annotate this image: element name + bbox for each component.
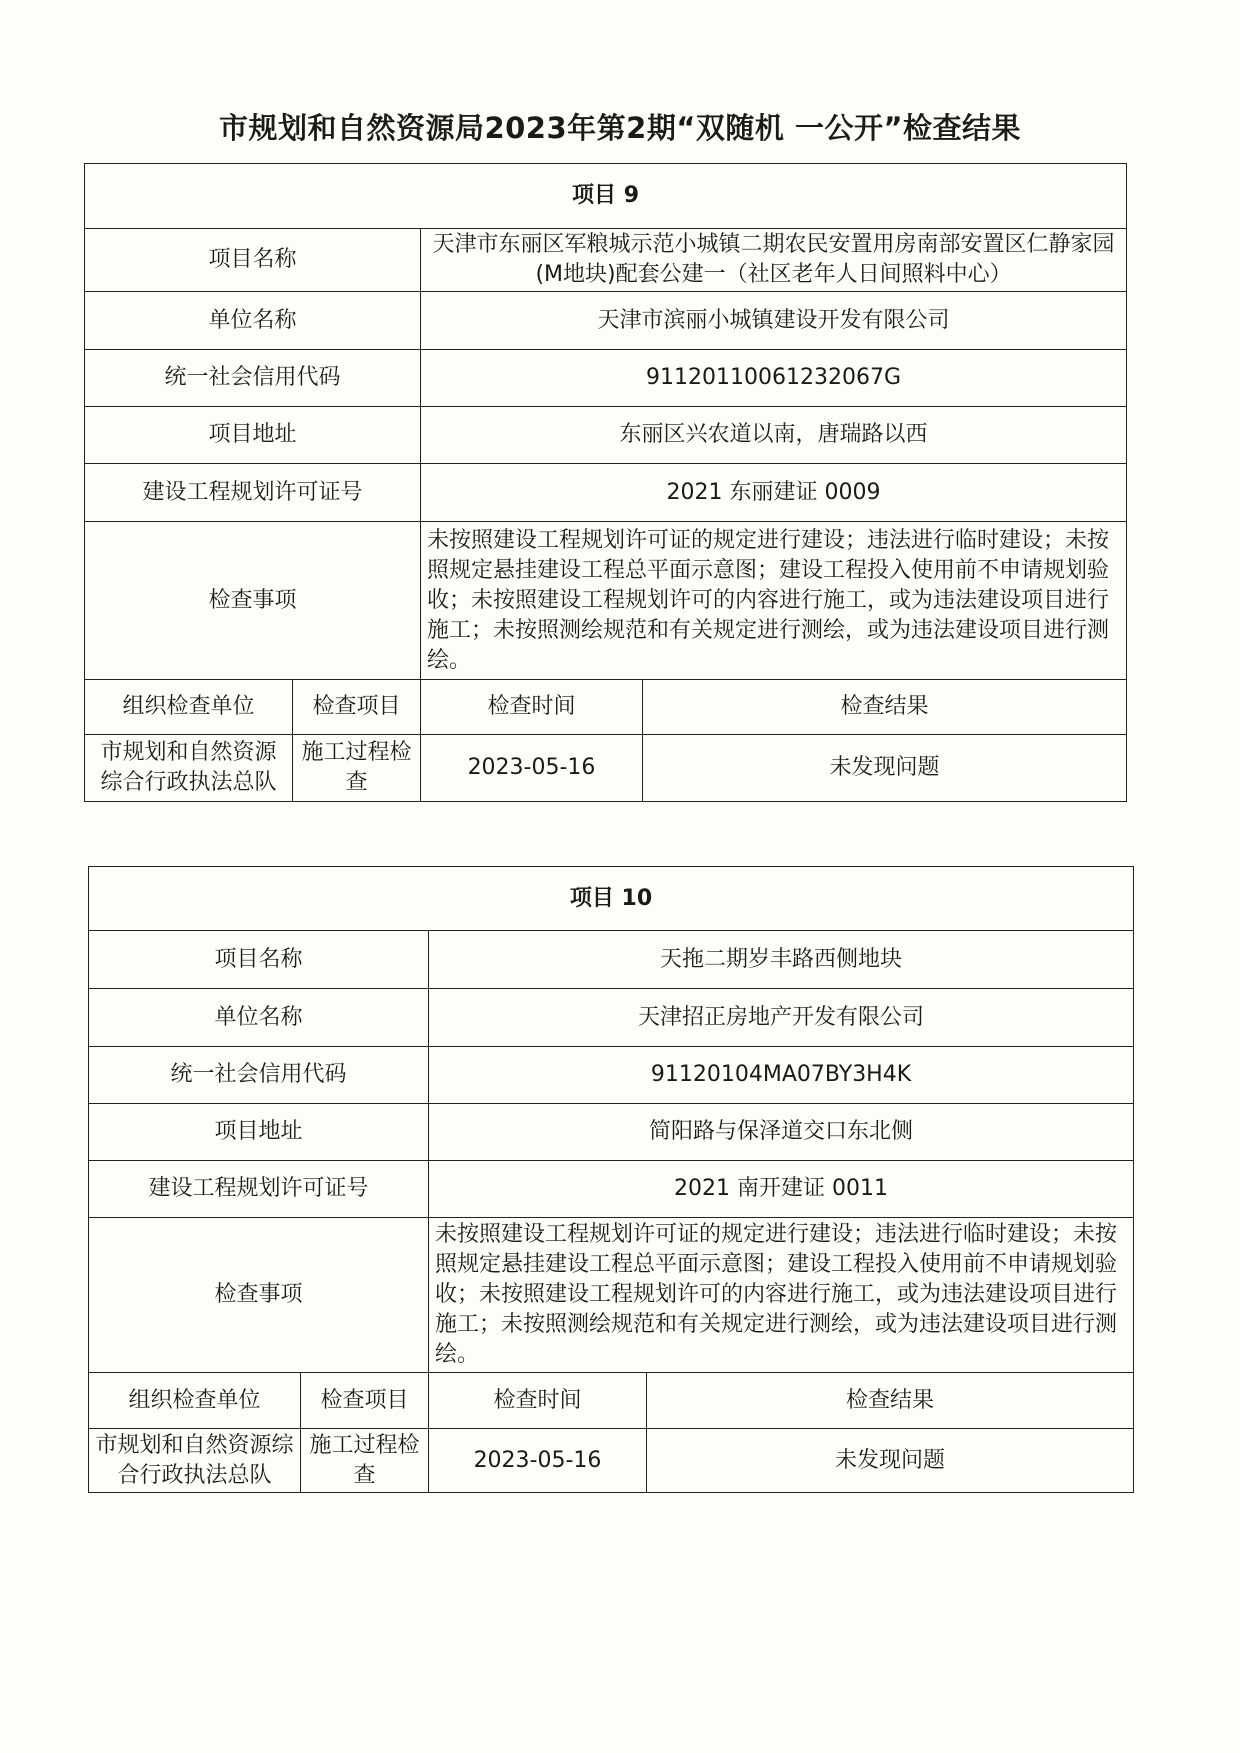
permit-row: 建设工程规划许可证号 2021 东丽建证 0009 <box>85 464 1127 522</box>
permit-row: 建设工程规划许可证号 2021 南开建证 0011 <box>89 1161 1134 1218</box>
permit-label: 建设工程规划许可证号 <box>85 464 421 522</box>
org-unit-header: 组织检查单位 <box>85 680 293 735</box>
project-header-row: 项目 9 <box>85 164 1127 229</box>
unit-name-value: 天津招正房地产开发有限公司 <box>429 989 1134 1047</box>
project-name-value: 天拖二期岁丰路西侧地块 <box>429 931 1134 989</box>
credit-code-label: 统一社会信用代码 <box>89 1047 429 1104</box>
address-value: 简阳路与保泽道交口东北侧 <box>429 1104 1134 1161</box>
document-title: 市规划和自然资源局2023年第2期“双随机 一公开”检查结果 <box>0 106 1240 147</box>
address-value: 东丽区兴农道以南，唐瑞路以西 <box>421 407 1127 464</box>
credit-code-value: 91120110061232067G <box>421 350 1127 407</box>
project-name-row: 项目名称 天津市东丽区军粮城示范小城镇二期农民安置用房南部安置区仁静家园(M地块… <box>85 229 1127 292</box>
check-result-value: 未发现问题 <box>647 1429 1134 1493</box>
project-header-row: 项目 10 <box>89 867 1134 931</box>
check-result-value: 未发现问题 <box>643 735 1127 802</box>
project-name-row: 项目名称 天拖二期岁丰路西侧地块 <box>89 931 1134 989</box>
unit-name-label: 单位名称 <box>89 989 429 1047</box>
project-name-label: 项目名称 <box>85 229 421 292</box>
result-row: 市规划和自然资源综合行政执法总队 施工过程检查 2023-05-16 未发现问题 <box>85 735 1127 802</box>
check-result-header: 检查结果 <box>647 1373 1134 1429</box>
unit-name-row: 单位名称 天津招正房地产开发有限公司 <box>89 989 1134 1047</box>
inspection-items-row: 检查事项 未按照建设工程规划许可证的规定进行建设；违法进行临时建设；未按照规定悬… <box>85 522 1127 680</box>
project-name-label: 项目名称 <box>89 931 429 989</box>
check-item-header: 检查项目 <box>293 680 421 735</box>
check-result-header: 检查结果 <box>643 680 1127 735</box>
unit-name-row: 单位名称 天津市滨丽小城镇建设开发有限公司 <box>85 292 1127 350</box>
project-9-table: 项目 9 项目名称 天津市东丽区军粮城示范小城镇二期农民安置用房南部安置区仁静家… <box>84 163 1127 802</box>
org-unit-header: 组织检查单位 <box>89 1373 301 1429</box>
address-label: 项目地址 <box>89 1104 429 1161</box>
org-unit-value: 市规划和自然资源综合行政执法总队 <box>85 735 293 802</box>
permit-value: 2021 南开建证 0011 <box>429 1161 1134 1218</box>
credit-code-value: 91120104MA07BY3H4K <box>429 1047 1134 1104</box>
inspection-items-label: 检查事项 <box>85 522 421 680</box>
result-row: 市规划和自然资源综合行政执法总队 施工过程检查 2023-05-16 未发现问题 <box>89 1429 1134 1493</box>
credit-code-row: 统一社会信用代码 91120110061232067G <box>85 350 1127 407</box>
permit-value: 2021 东丽建证 0009 <box>421 464 1127 522</box>
inspection-items-row: 检查事项 未按照建设工程规划许可证的规定进行建设；违法进行临时建设；未按照规定悬… <box>89 1218 1134 1373</box>
check-item-header: 检查项目 <box>301 1373 429 1429</box>
project-header: 项目 10 <box>89 867 1134 931</box>
project-10-table: 项目 10 项目名称 天拖二期岁丰路西侧地块 单位名称 天津招正房地产开发有限公… <box>88 866 1134 1493</box>
credit-code-row: 统一社会信用代码 91120104MA07BY3H4K <box>89 1047 1134 1104</box>
credit-code-label: 统一社会信用代码 <box>85 350 421 407</box>
result-header-row: 组织检查单位 检查项目 检查时间 检查结果 <box>85 680 1127 735</box>
check-item-value: 施工过程检查 <box>293 735 421 802</box>
check-time-value: 2023-05-16 <box>429 1429 647 1493</box>
result-header-row: 组织检查单位 检查项目 检查时间 检查结果 <box>89 1373 1134 1429</box>
project-header: 项目 9 <box>85 164 1127 229</box>
check-time-header: 检查时间 <box>421 680 643 735</box>
inspection-items-label: 检查事项 <box>89 1218 429 1373</box>
permit-label: 建设工程规划许可证号 <box>89 1161 429 1218</box>
address-label: 项目地址 <box>85 407 421 464</box>
address-row: 项目地址 简阳路与保泽道交口东北侧 <box>89 1104 1134 1161</box>
project-name-value: 天津市东丽区军粮城示范小城镇二期农民安置用房南部安置区仁静家园(M地块)配套公建… <box>421 229 1127 292</box>
inspection-items-value: 未按照建设工程规划许可证的规定进行建设；违法进行临时建设；未按照规定悬挂建设工程… <box>421 522 1127 680</box>
org-unit-value: 市规划和自然资源综合行政执法总队 <box>89 1429 301 1493</box>
unit-name-label: 单位名称 <box>85 292 421 350</box>
check-time-header: 检查时间 <box>429 1373 647 1429</box>
unit-name-value: 天津市滨丽小城镇建设开发有限公司 <box>421 292 1127 350</box>
check-time-value: 2023-05-16 <box>421 735 643 802</box>
address-row: 项目地址 东丽区兴农道以南，唐瑞路以西 <box>85 407 1127 464</box>
inspection-items-value: 未按照建设工程规划许可证的规定进行建设；违法进行临时建设；未按照规定悬挂建设工程… <box>429 1218 1134 1373</box>
check-item-value: 施工过程检查 <box>301 1429 429 1493</box>
